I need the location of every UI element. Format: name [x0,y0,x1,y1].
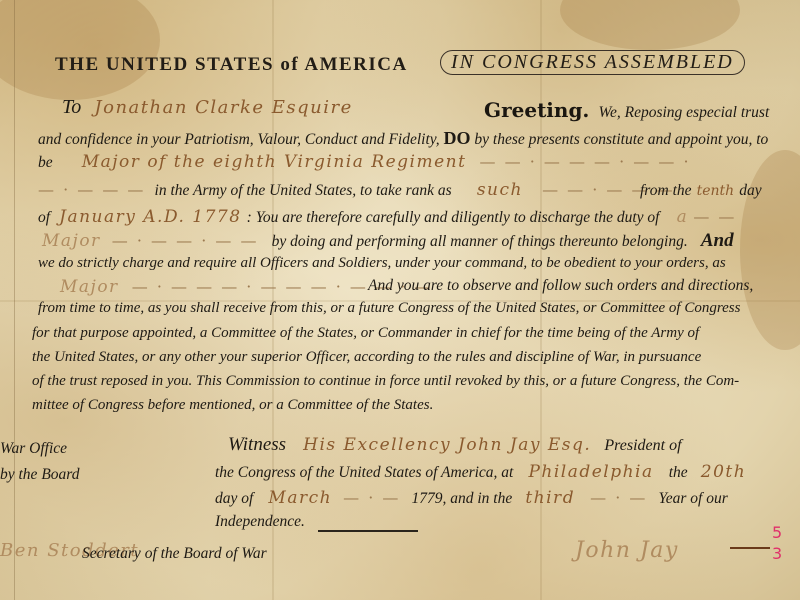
body-line: the United States, or any other your sup… [32,349,701,366]
greeting-word: Greeting. [484,98,589,122]
observe-text: And you are to observe and follow such o… [368,277,753,295]
text-line-from-day: from the tenth day [640,180,762,200]
signature-rule [318,530,418,532]
confidence-text: and confidence in your Patriotism, Valou… [38,131,440,148]
month-handwritten: March [268,488,332,508]
witness-line: Witness His Excellency John Jay Esq. Pre… [228,434,682,456]
paper-edge [14,0,15,600]
signature-flourish [730,547,770,549]
text-line-performing: Major — · — — · — — by doing and perform… [42,230,734,252]
text-line-rank: be Major of the eighth Virginia Regiment… [38,152,691,172]
body-line: mittee of Congress before mentioned, or … [32,397,433,414]
margin-note-board: by the Board [0,466,80,484]
to-label: To [62,96,81,118]
greeting-text: We, Reposing especial trust [598,104,769,121]
rank-handwritten: Major of the eighth Virginia Regiment [82,152,467,172]
major-handwritten: Major [42,231,101,251]
margin-note-war-office: War Office [0,440,67,458]
president-text: President of [604,437,681,454]
day-handwritten: tenth [697,183,735,199]
doing-text: by doing and performing all manner of th… [272,233,688,250]
year-text: 1779, and in the [412,490,513,507]
body-line: from time to time, as you shall receive … [38,300,740,317]
text-line-confidence: and confidence in your Patriotism, Valou… [38,128,768,149]
of-word: of [38,209,50,226]
heading-united-states: THE UNITED STATES of AMERICA [55,54,408,76]
year-of-our-text: Year of our [659,490,728,507]
appoint-text: by these presents constitute and appoint… [474,131,768,148]
recipient-name: Jonathan Clarke Esquire [94,97,352,118]
duty-text: : You are therefore carefully and dilige… [247,209,660,226]
day-word: day [739,182,761,199]
from-text: from the [640,182,692,199]
president-signature: John Jay [575,538,679,563]
congress-text: the Congress of the United States of Ame… [215,464,513,481]
the-word: the [669,464,688,481]
date-line: day of March — · — 1779, and in the thir… [215,488,728,508]
stain [0,0,160,100]
stain [560,0,740,50]
greeting-line: Greeting. We, Reposing especial trust [484,98,769,122]
congress-place-line: the Congress of the United States of Ame… [215,462,746,482]
independence-text: Independence. [215,513,305,531]
place-handwritten: Philadelphia [528,462,653,482]
witness-word: Witness [228,434,286,455]
day-of-text: day of [215,490,253,507]
body-line: of the trust reposed in you. This Commis… [32,373,739,390]
army-text: in the Army of the United States, to tak… [155,182,452,199]
heading-in-congress-assembled: IN CONGRESS ASSEMBLED [440,50,745,75]
salutation-line: To Jonathan Clarke Esquire [62,96,353,119]
text-line-charge: we do strictly charge and require all Of… [38,255,726,272]
date-handwritten: January A.D. 1778 [59,207,241,227]
text-line-date: of January A.D. 1778 : You are therefore… [38,207,736,227]
year-ordinal-handwritten: third [525,488,575,508]
body-line: for that purpose appointed, a Committee … [32,325,699,342]
catalog-number-top: 5 [772,524,782,542]
be-word: be [38,154,53,171]
and-word: And [701,230,734,251]
catalog-number-bottom: 3 [772,545,782,563]
rank-as-handwritten: such [477,180,523,200]
commission-document: THE UNITED STATES of AMERICA IN CONGRESS… [0,0,800,600]
a-handwritten: a [677,207,689,227]
major2-handwritten: Major [60,277,119,297]
secretary-title: Secretary of the Board of War [82,545,267,563]
do-word: DO [444,128,471,148]
text-line-army: — · — — — in the Army of the United Stat… [38,180,675,200]
witness-name-handwritten: His Excellency John Jay Esq. [303,435,591,455]
day-handwritten-attest: 20th [701,462,746,482]
